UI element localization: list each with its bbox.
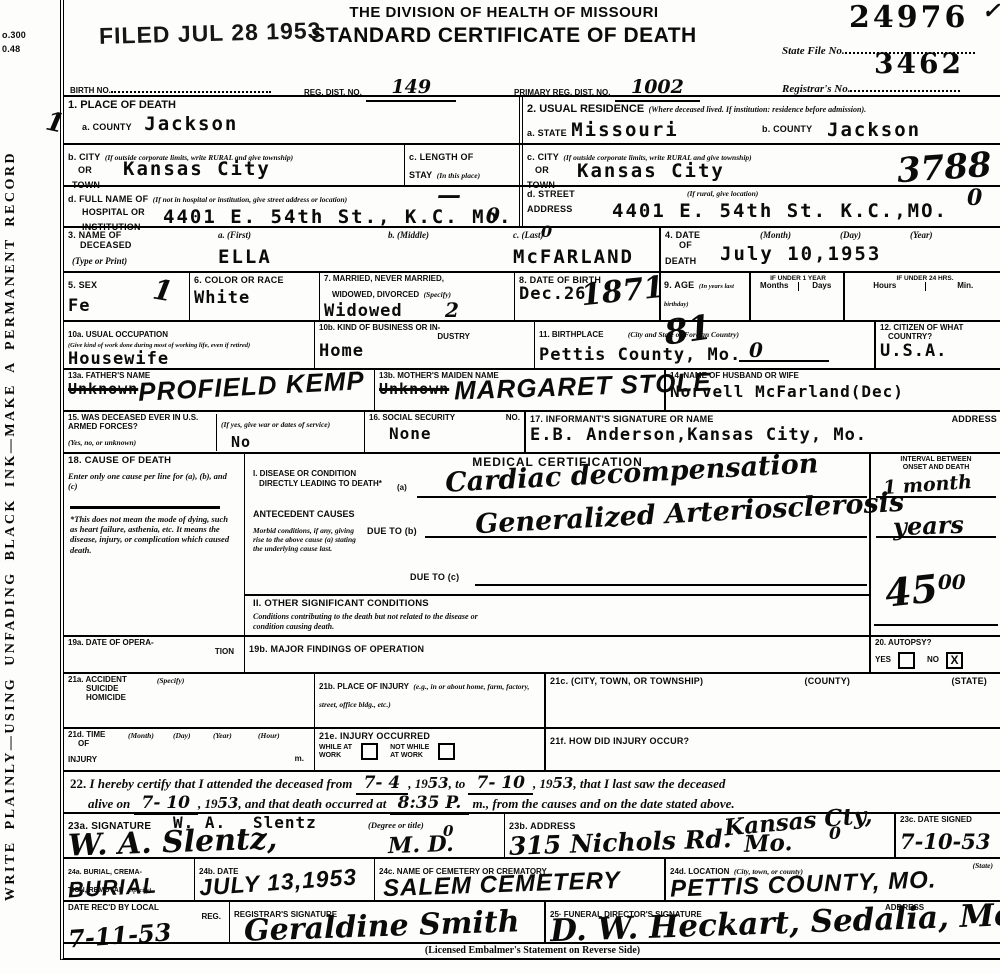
burial-date-cell: 24b. DATE JULY 13,1953 [194,859,374,900]
birthplace-mark: 0 [749,340,763,360]
res-city-handwritten-number: 3788 [896,148,993,189]
ssn-label-1: 16. SOCIAL SECURITY [369,414,455,423]
row-footer: (Licensed Embalmer's Statement on Revers… [64,942,1000,958]
attended-to-year: 53 [552,774,573,792]
street-note: (If rural, give location) [687,189,758,198]
birthplace-value: Pettis County, Mo. [539,345,741,365]
interval-column: INTERVAL BETWEEN ONSET AND DEATH 1 month… [869,454,1000,635]
occupation-cell: 10a. USUAL OCCUPATION (Give kind of work… [64,322,314,368]
funeral-director-cell: 25· FUNERAL DIRECTOR'S SIGNATURE ADDRESS… [544,902,1000,942]
other-conditions-note: Conditions contributing to the death but… [253,612,503,631]
funeral-director-value: D. W. Heckart, Sedalia, Mo. [550,900,1000,948]
operation-findings-cell: 19b. MAJOR FINDINGS OF OPERATION [244,637,869,672]
degree-mark: 0 [443,824,453,839]
mother-cell: 13b. MOTHER'S MAIDEN NAME Unknown MARGAR… [374,370,664,410]
hospital-cell: d. FULL NAME OF (If not in hospital or i… [64,187,519,226]
date-of-death-cell: 4. DATE OF DEATH (Month) (Day) (Year) Ju… [659,228,1000,271]
informant-value: E.B. Anderson,Kansas City, Mo. [530,426,997,445]
not-while-at-work-label-1: NOT WHILE [390,744,429,752]
last-name-mark: 0 [541,224,552,240]
age-days-label: Days [798,282,846,291]
name-label-2: DECEASED [80,240,210,250]
row-burial: 24a. BURIAL, CREMA- TION, REMOVAL (Speci… [64,857,1000,900]
check-mark: ✓ [982,0,1000,22]
first-name-cell: a. (First) ELLA [214,228,384,271]
marital-label-1: 7. MARRIED, NEVER MARRIED, [324,275,510,284]
hospital-label-1: d. FULL NAME OF [68,194,148,204]
ssn-label-2: NO. [506,414,520,423]
residence-city-cell: c. CITY (If outside corporate limits, wr… [519,145,1000,185]
occupation-label: 10a. USUAL OCCUPATION [68,330,168,339]
autopsy-no-checkbox[interactable]: X [946,652,963,669]
operation-date-cell: 19a. DATE OF OPERA- TION [64,637,244,672]
res-city-label-1: c. CITY [527,152,559,162]
row-occupation: 10a. USUAL OCCUPATION (Give kind of work… [64,320,1000,368]
county-value: Jackson [144,113,238,135]
certification-number: 22. [70,776,86,791]
dod-col-year: (Year) [910,230,933,241]
usual-residence-note: (Where deceased lived. If institution: r… [649,105,867,114]
burial-location-cell: 24d. LOCATION (City, town, or county) (S… [664,859,1000,900]
injury-occurred-cell: 21e. INJURY OCCURRED WHILE ATWORK NOT WH… [314,729,544,770]
hospital-value: 4401 E. 54th St., K.C. Mo. [163,207,512,228]
mother-typed-value: Unknown [379,380,449,398]
date-received-cell: DATE REC'D BY LOCAL REG. 7-11-53 [64,902,229,942]
usual-residence-cell: 2. USUAL RESIDENCE (Where deceased lived… [519,97,1000,143]
registrar-number-stamp: 3462 [874,50,964,78]
armed-forces-note2: (If yes, give war or dates of service) [221,420,330,429]
registrar-signature-value: Geraldine Smith [244,907,520,947]
city-of-death-cell: b. CITY (If outside corporate limits, wr… [64,145,404,185]
state-file-label: State File No. [782,45,845,57]
marital-cell: 7. MARRIED, NEVER MARRIED, WIDOWED, DIVO… [319,273,514,320]
injury-time-day: (Day) [173,731,191,740]
cause-instruction: Enter only one cause per line for (a), (… [68,471,228,491]
row-name-dod: 3. NAME OF DECEASED (Type or Print) a. (… [64,226,1000,271]
hospital-mark: 0 [486,205,500,225]
age-months-label: Months [751,282,798,291]
operation-date-label-2: TION [68,648,240,657]
interval-header-2: ONSET AND DEATH [871,464,1000,472]
armed-forces-note1: (Yes, no, or unknown) [68,438,136,447]
marital-label-2: WIDOWED, DIVORCED [332,290,419,299]
physician-address-cell: 23b. ADDRESS Kansas Cty, 315 Nichols Rd.… [504,814,894,857]
business-value: Home [319,342,530,361]
burial-type-cell: 24a. BURIAL, CREMA- TION, REMOVAL (Speci… [64,859,194,900]
stay-note: (In this place) [437,171,480,180]
disease-label-1: I. DISEASE OR CONDITION [253,470,356,479]
row-cause-of-death: 18. CAUSE OF DEATH Enter only one cause … [64,452,1000,635]
row-injury-2: 21d. TIME OF INJURY (Month) (Day) (Year)… [64,727,1000,770]
name-label-cell: 3. NAME OF DECEASED (Type or Print) [64,228,214,271]
margin-code-1: o.300 [2,30,26,40]
first-name-label: a. (First) [218,230,380,241]
length-of-stay-cell: c. LENGTH OF STAY (In this place) — [404,145,519,185]
certificate-number-stamp: 24976 [849,3,968,33]
embalmer-note: (Licensed Embalmer's Statement on Revers… [64,944,1000,958]
row-city: b. CITY (If outside corporate limits, wr… [64,143,1000,185]
burial-location-state: (State) [973,861,993,870]
accident-cell: 21a. ACCIDENT SUICIDE HOMICIDE (Specify) [64,674,314,727]
row-place-residence-1: 1. PLACE OF DEATH a. COUNTY Jackson 2. U… [64,95,1000,143]
date-signed-label: 23c. DATE SIGNED [900,816,997,825]
injury-occurred-label: 21e. INJURY OCCURRED [319,731,540,741]
certify-text-1: I hereby certify that I attended the dec… [90,776,353,791]
medical-certification-cell: MEDICAL CERTIFICATION I. DISEASE OR COND… [244,454,869,635]
accident-note: (Specify) [157,676,184,702]
res-city-value: Kansas City [577,161,725,182]
cause-label: 18. CAUSE OF DEATH [68,456,240,467]
state-label: a. STATE [527,128,567,138]
row-parents: 13a. FATHER'S NAME Unknown PROFIELD KEMP… [64,368,1000,410]
street-label-1: d. STREET [527,189,997,199]
disease-tag-a: (a) [397,484,407,493]
informant-label: 17. INFORMANT'S SIGNATURE OR NAME [530,414,714,424]
birthplace-note: (City and State or Foreign Country) [628,330,739,339]
residence-county-value: Jackson [827,120,921,141]
registrar-line [850,80,960,92]
autopsy-cell: 20. AUTOPSY? YES NO X [869,637,1000,672]
birth-no-label: BIRTH NO. [70,86,111,95]
registrar-label: Registrar's No. [782,83,850,95]
street-label-2: ADDRESS [527,204,572,214]
cause-footnote: *This does not mean the mode of dying, s… [70,514,230,555]
cemetery-value: SALEM CEMETERY [383,869,621,901]
marital-mark: 2 [439,300,465,322]
place-of-injury-cell: 21b. PLACE OF INJURY (e.g., in or about … [314,674,544,727]
header-division: THE DIVISION OF HEALTH OF MISSOURI [274,5,734,20]
dod-label-1: 4. DATE [665,230,997,240]
row-injury-1: 21a. ACCIDENT SUICIDE HOMICIDE (Specify)… [64,672,1000,727]
name-label-3: (Type or Print) [72,256,127,266]
stay-label-1: c. LENGTH OF [409,152,473,162]
armed-forces-label: 15. WAS DECEASED EVER IN U.S. ARMED FORC… [68,414,216,432]
burial-location-value: PETTIS COUNTY, MO. [670,868,937,901]
first-name-value: ELLA [218,247,380,268]
injury-time-label-3: INJURY [68,755,97,764]
age-min-label: Min. [925,282,1000,291]
certify-text-5: m., from the causes and on the date stat… [473,796,735,811]
dod-value: July 10,1953 [720,244,881,265]
father-cell: 13a. FATHER'S NAME Unknown PROFIELD KEMP [64,370,374,410]
certify-year-pre-2: , 19 [533,776,553,791]
burial-value: BURIAL [67,875,157,902]
informant-cell: 17. INFORMANT'S SIGNATURE OR NAME ADDRES… [524,412,1000,452]
autopsy-no-label: NO [927,656,939,665]
age-label: 9. AGE [664,280,694,290]
injury-county-label: (COUNTY) [805,676,851,686]
row-informant: 15. WAS DECEASED EVER IN U.S. ARMED FORC… [64,410,1000,452]
business-cell: 10b. KIND OF BUSINESS OR IN- DUSTRY Home [314,322,534,368]
place-of-death-cell: 1. PLACE OF DEATH a. COUNTY Jackson [64,97,519,143]
alive-on-year: 53 [217,794,238,812]
header-title: STANDARD CERTIFICATE OF DEATH [254,24,754,47]
street-address-cell: d. STREET ADDRESS (If rural, give locati… [519,187,1000,226]
spouse-cell: 14. NAME OF HUSBAND OR WIFE Norvell McFa… [664,370,1000,410]
certificate-form: 1. PLACE OF DEATH a. COUNTY Jackson 2. U… [60,95,1000,960]
header-band: THE DIVISION OF HEALTH OF MISSOURI STAND… [60,0,1000,95]
certify-text-3: , that I last saw the deceased [573,776,725,791]
autopsy-label: 20. AUTOPSY? [875,639,997,648]
attended-from-value: 7- 4 [356,773,409,795]
date-signed-cell: 23c. DATE SIGNED 7-10-53 [894,814,1000,857]
row-registrar: DATE REC'D BY LOCAL REG. 7-11-53 REGISTR… [64,900,1000,942]
amount-mark: 4500 [885,572,966,610]
armed-forces-value: No [231,434,360,451]
dob-cell: 8. DATE OF BIRTH Dec.26 1871 [514,273,659,320]
occupation-value: Housewife [68,350,310,369]
race-value: White [194,289,315,308]
spouse-value: Norvell McFarland(Dec) [670,383,997,401]
street-mark: 0 [967,187,982,209]
injury-time-m: m. [295,755,304,764]
certify-year-pre-1: , 19 [408,776,428,791]
filed-stamp: FILED JUL 28 1953 [99,19,322,48]
last-name-cell: 0 c. (Last) McFARLAND [509,228,659,271]
injury-location-cell: 21c. (CITY, TOWN, OR TOWNSHIP) (COUNTY) … [544,674,1000,727]
margin-code-2: 0.48 [2,44,20,54]
registrar-signature-cell: REGISTRAR'S SIGNATURE Geraldine Smith [229,902,544,942]
birthplace-cell: 11. BIRTHPLACE (City and State or Foreig… [534,322,874,368]
interval-header-1: INTERVAL BETWEEN [871,454,1000,464]
citizen-value: U.S.A. [880,342,997,361]
name-label-1: 3. NAME OF [68,230,210,240]
residence-county-label: b. COUNTY [762,124,812,134]
cemetery-cell: 24c. NAME OF CEMETERY OR CREMATORY SALEM… [374,859,664,900]
last-name-label: c. (Last) [513,230,544,240]
degree-label: (Degree or title) [368,820,424,830]
business-label: 10b. KIND OF BUSINESS OR IN- [319,324,530,333]
citizen-cell: 12. CITIZEN OF WHAT COUNTRY? U.S.A. [874,322,1000,368]
stay-label-2: STAY [409,170,432,180]
place-of-injury-label: 21b. PLACE OF INJURY [319,682,409,691]
how-injury-occurred-cell: 21f. HOW DID INJURY OCCUR? [544,729,1000,770]
place-of-death-title: 1. PLACE OF DEATH [68,99,515,112]
injury-time-hour: (Hour) [258,731,280,740]
physician-address-state: Mo. [744,831,793,856]
usual-residence-title: 2. USUAL RESIDENCE [527,103,644,115]
certify-text-3b: alive on [70,796,130,811]
city-of-death-value: Kansas City [123,159,271,180]
age-hours-label: Hours [845,282,925,291]
not-while-at-work-checkbox[interactable] [438,743,455,760]
attended-to-value: 7- 10 [468,773,532,795]
informant-address-label: ADDRESS [952,414,997,424]
certify-year-pre-3: , 19 [198,796,218,811]
death-certificate-scan: WRITE PLAINLY—USING UNFADING BLACK INK—M… [0,0,1000,973]
last-name-value: McFARLAND [513,247,655,268]
other-conditions-label: II. OTHER SIGNIFICANT CONDITIONS [253,599,429,610]
injury-state-label: (STATE) [951,676,997,686]
hospital-note: (If not in hospital or institution, give… [153,195,347,204]
injury-time-month: (Month) [128,731,154,740]
armed-forces-cell: 15. WAS DECEASED EVER IN U.S. ARMED FORC… [64,412,364,452]
interval-a-value: 1 month [882,473,972,498]
due-to-b-label: DUE TO (b) [367,526,417,536]
ssn-value: None [389,425,520,443]
not-while-at-work-label-2: AT WORK [390,752,423,759]
margin-vertical-note: WRITE PLAINLY—USING UNFADING BLACK INK—M… [4,96,26,956]
state-value: Missouri [571,119,679,141]
certify-text-4: , and that death occurred at [238,796,386,811]
row-address: d. FULL NAME OF (If not in hospital or i… [64,185,1000,226]
attended-from-year: 53 [428,774,449,792]
sex-cell: 5. SEX 1 Fe [64,273,189,320]
physician-signature-cell: 23a. SIGNATURE W. A. Slentz (Degree or t… [64,814,504,857]
while-at-work-checkbox[interactable] [361,743,378,760]
injury-time-year: (Year) [213,731,232,740]
autopsy-yes-checkbox[interactable] [898,652,915,669]
physician-address-street: 315 Nichols Rd. [509,826,732,859]
middle-name-label: b. (Middle) [388,230,505,241]
sex-label: 5. SEX [68,280,97,290]
birthplace-label: 11. BIRTHPLACE [539,330,603,339]
how-injury-occurred-label: 21f. HOW DID INJURY OCCUR? [550,736,689,746]
father-typed-value: Unknown [68,380,138,398]
while-at-work-label-1: WHILE AT [319,744,352,752]
cause-label-cell: 18. CAUSE OF DEATH Enter only one cause … [64,454,244,635]
injury-city-label: 21c. (CITY, TOWN, OR TOWNSHIP) [550,676,703,686]
county-label: a. COUNTY [82,122,132,132]
antecedent-note: Morbid conditions, if any, giving rise t… [253,526,359,553]
date-signed-value: 7-10-53 [900,831,997,852]
dod-col-month: (Month) [760,230,791,241]
ssn-cell: 16. SOCIAL SECURITY NO. None [364,412,524,452]
physician-address-mark: 0 [829,826,841,843]
dob-value: Dec.26 [519,284,586,304]
accident-label-3: HOMICIDE [86,694,127,703]
injury-time-label-2: OF [78,740,310,749]
middle-name-cell: b. (Middle) [384,228,509,271]
certify-text-2: , to [449,776,466,791]
age-under24-header: IF UNDER 24 HRS. [845,273,1000,282]
due-to-c-label: DUE TO (c) [410,572,459,582]
dob-mark: 1871 [580,273,666,312]
dod-label-3: DEATH [665,256,696,266]
row-demographics: 5. SEX 1 Fe 6. COLOR OR RACE White 7. MA… [64,271,1000,320]
race-cell: 6. COLOR OR RACE White [189,273,319,320]
row-physician: 23a. SIGNATURE W. A. Slentz (Degree or t… [64,812,1000,857]
amount-superscript: 00 [938,570,966,594]
street-value: 4401 E. 54th St. K.C.,MO. [612,201,948,222]
operation-findings-label: 19b. MAJOR FINDINGS OF OPERATION [249,644,424,654]
birth-no-line [111,81,271,93]
race-label: 6. COLOR OR RACE [194,275,315,285]
age-cell: 9. AGE (In years last birthday) 81 IF UN… [659,273,1000,320]
spouse-label: 14. NAME OF HUSBAND OR WIFE [670,372,997,381]
time-of-injury-cell: 21d. TIME OF INJURY (Month) (Day) (Year)… [64,729,314,770]
antecedent-label: ANTECEDENT CAUSES [253,510,355,520]
while-at-work-label-2: WORK [319,752,341,759]
city-label-1: b. CITY [68,152,100,162]
row-operation: 19a. DATE OF OPERA- TION 19b. MAJOR FIND… [64,635,1000,672]
dod-col-day: (Day) [840,230,861,241]
marital-value: Widowed [324,301,403,321]
disease-label-2: DIRECTLY LEADING TO DEATH* [259,480,382,489]
autopsy-yes-label: YES [875,656,891,665]
